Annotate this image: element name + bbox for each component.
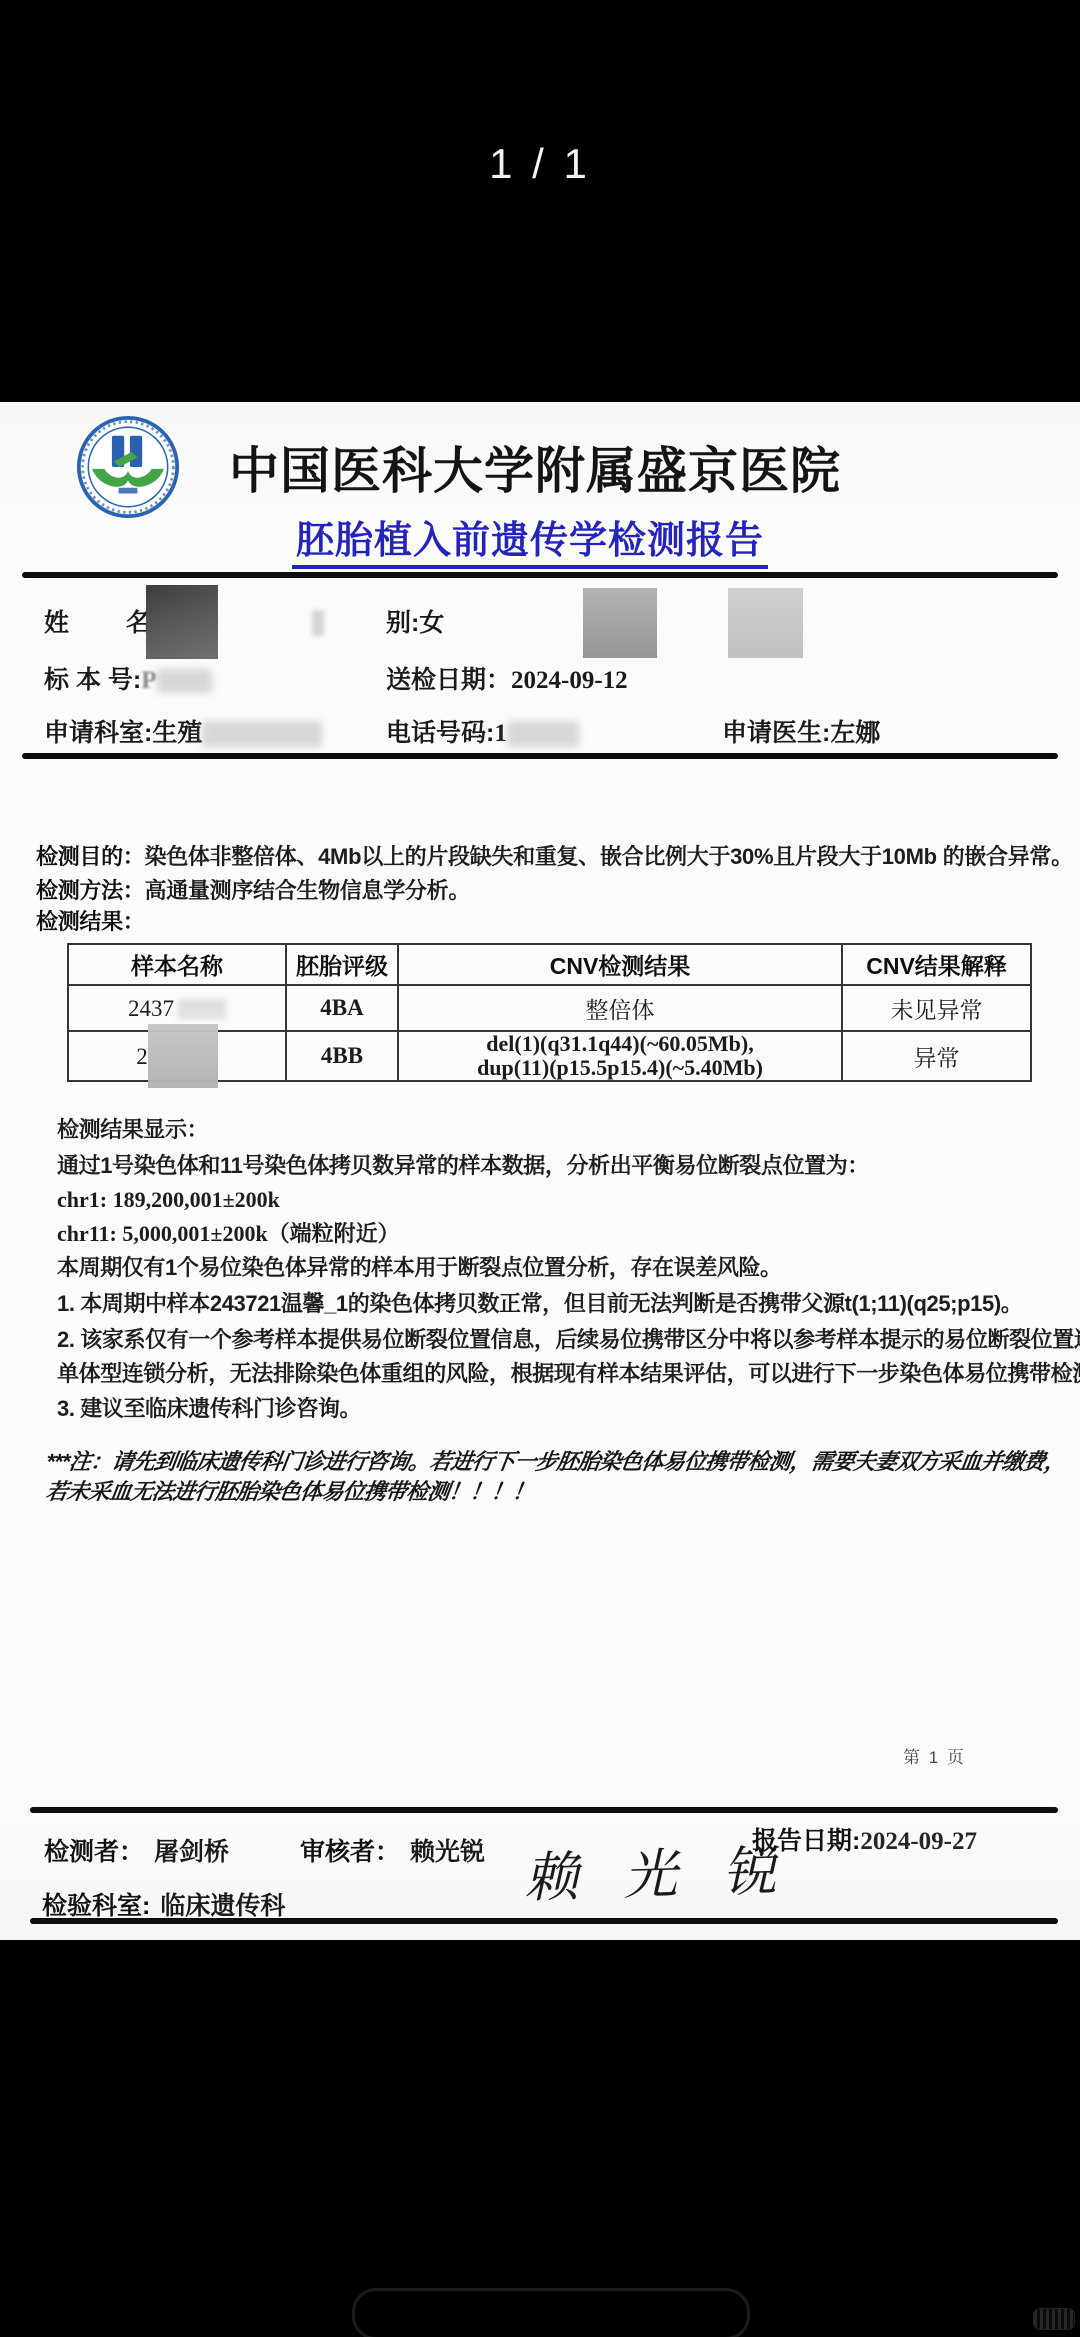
- dept-label: 申请科室:: [44, 719, 152, 747]
- hospital-name: 中国医科大学附属盛京医院: [225, 444, 845, 498]
- method-label: 检测方法：: [36, 878, 145, 903]
- redaction-block-1: [583, 588, 657, 658]
- viewer-toolbar-pill[interactable]: [352, 2288, 750, 2337]
- col-header-grade: 胚胎评级: [286, 944, 398, 985]
- lab-field: 检验科室:临床遗传科: [42, 1886, 285, 1922]
- tester-field: 检测者：屠剑桥: [44, 1832, 229, 1868]
- tester-name: 屠剑桥: [154, 1838, 229, 1866]
- send-date-value: 2024-09-12: [511, 667, 628, 694]
- doctor-field: 申请医生:左娜: [722, 718, 880, 748]
- specimen-redaction-smudge: [157, 669, 212, 693]
- send-date-label: 送检日期：: [386, 666, 511, 694]
- report-document: 中国医科大学附属盛京医院 胚胎植入前遗传学检测报告 姓 名 别:女 标 本 号:…: [0, 402, 1080, 1940]
- page-number: 第 1 页: [903, 1743, 966, 1768]
- redaction-smudge: [312, 610, 324, 636]
- gender-value: 女: [419, 609, 444, 637]
- result-label: 检测结果：: [36, 909, 145, 934]
- phone-label: 电话号码:: [386, 719, 494, 747]
- result-line: 检测结果显示：: [57, 1115, 1067, 1145]
- note-line-2: 若未采血无法进行胚胎染色体易位携带检测！！！！: [44, 1478, 1068, 1506]
- note-line-1: ***注：请先到临床遗传科门诊进行咨询。若进行下一步胚胎染色体易位携带检测，需要…: [44, 1448, 1068, 1476]
- dept-redaction-smudge: [202, 721, 322, 747]
- doctor-value: 左娜: [830, 719, 880, 747]
- specimen-label: 标 本 号:: [44, 666, 141, 694]
- col-header-sample: 样本名称: [68, 944, 286, 985]
- cell-grade-2: 4BB: [286, 1031, 398, 1081]
- cell-cnv-2: del(1)(q31.1q44)(~60.05Mb), dup(11)(p15.…: [398, 1031, 842, 1081]
- page-indicator: 1 / 1: [0, 140, 1080, 188]
- result-line: 通过1号染色体和11号染色体拷贝数异常的样本数据，分析出平衡易位断裂点位置为：: [57, 1151, 1067, 1181]
- reviewer-name: 赖光锐: [410, 1838, 485, 1866]
- result-line: 单体型连锁分析，无法排除染色体重组的风险，根据现有样本结果评估，可以进行下一步染…: [57, 1359, 1067, 1389]
- cell-cnv-1: 整倍体: [398, 985, 842, 1031]
- reviewer-label: 审核者：: [300, 1838, 400, 1866]
- result-line: chr1: 189,200,001±200k: [57, 1185, 1067, 1215]
- col-header-interp: CNV结果解释: [842, 944, 1031, 985]
- doctor-label: 申请医生:: [722, 719, 830, 747]
- reviewer-field: 审核者：赖光锐: [300, 1832, 485, 1868]
- report-date-label: 报告日期:: [752, 1827, 860, 1855]
- result-line: 本周期仅有1个易位染色体异常的样本用于断裂点位置分析，存在误差风险。: [57, 1253, 1067, 1283]
- result-line: 1. 本周期中样本243721温馨_1的染色体拷贝数正常，但目前无法判断是否携带…: [57, 1289, 1067, 1319]
- dept-partial-value: 生殖: [152, 719, 202, 747]
- name-label: 姓: [44, 608, 69, 638]
- divider-footer-bottom: [30, 1918, 1058, 1924]
- dept-field: 申请科室:生殖: [44, 718, 322, 748]
- result-line: 2. 该家系仅有一个参考样本提供易位断裂位置信息，后续易位携带区分中将以参考样本…: [57, 1325, 1067, 1355]
- divider-footer-top: [30, 1807, 1058, 1813]
- gender-label: 别:: [386, 609, 419, 637]
- phone-field: 电话号码:1: [386, 718, 579, 749]
- result-line: chr11: 5,000,001±200k（端粒附近）: [57, 1219, 1067, 1249]
- divider-info-bottom: [22, 753, 1058, 759]
- result-line: 3. 建议至临床遗传科门诊咨询。: [57, 1394, 1067, 1424]
- viewer-menu-icon[interactable]: [1033, 2308, 1075, 2330]
- tester-label: 检测者：: [44, 1838, 144, 1866]
- divider-top: [22, 572, 1058, 578]
- gender-field: 别:女: [386, 608, 444, 638]
- specimen-partial-value: P: [141, 667, 156, 694]
- redaction-block-name: [146, 585, 218, 659]
- sample-redaction-smudge: [178, 999, 226, 1019]
- report-title: 胚胎植入前遗传学检测报告: [292, 520, 768, 569]
- hospital-logo-icon: [73, 415, 183, 524]
- cell-interp-1: 未见异常: [842, 985, 1031, 1031]
- objective-line: 检测目的：染色体非整倍体、4Mb以上的片段缺失和重复、嵌合比例大于30%且片段大…: [36, 843, 1060, 871]
- specimen-field: 标 本 号:P: [44, 665, 212, 696]
- table-header-row: 样本名称 胚胎评级 CNV检测结果 CNV结果解释: [68, 944, 1031, 985]
- redaction-block-2: [728, 588, 803, 658]
- cell-grade-1: 4BA: [286, 985, 398, 1031]
- viewer-screen: 1 / 1 中国医科大学附属盛京医院 胚胎植入前遗传学检测报告 姓 名: [0, 0, 1080, 2337]
- redaction-block-sample: [148, 1024, 218, 1088]
- phone-redaction-smudge: [507, 721, 579, 747]
- lab-label: 检验科室:: [42, 1892, 150, 1920]
- col-header-cnv: CNV检测结果: [398, 944, 842, 985]
- method-line: 检测方法：高通量测序结合生物信息学分析。: [36, 877, 1060, 905]
- cell-interp-2: 异常: [842, 1031, 1031, 1081]
- objective-text: 染色体非整倍体、4Mb以上的片段缺失和重复、嵌合比例大于30%且片段大于10Mb…: [145, 844, 1073, 869]
- result-label-line: 检测结果：: [36, 908, 1060, 936]
- lab-name: 临床遗传科: [160, 1892, 285, 1920]
- objective-label: 检测目的：: [36, 844, 145, 869]
- method-text: 高通量测序结合生物信息学分析。: [145, 878, 471, 903]
- send-date-field: 送检日期：2024-09-12: [386, 665, 628, 696]
- report-date-field: 报告日期:2024-09-27: [752, 1821, 977, 1857]
- phone-partial-value: 1: [494, 720, 507, 747]
- report-date-value: 2024-09-27: [860, 1828, 977, 1855]
